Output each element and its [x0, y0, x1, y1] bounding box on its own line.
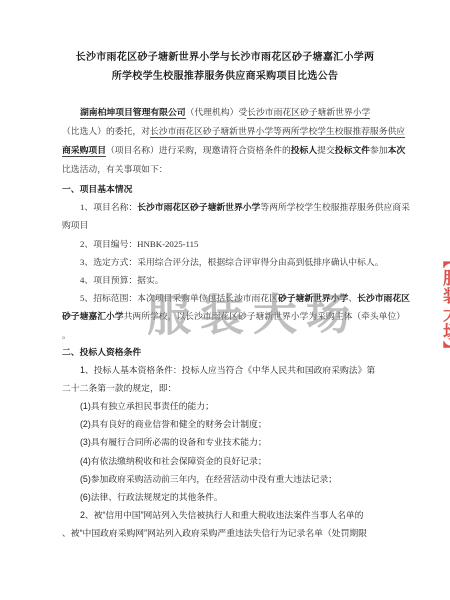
text-segment: 砂子塘嘉汇小学: [62, 311, 124, 321]
text-segment: (2)具有良好的商业信誉和健全的财务会计制度；: [80, 419, 267, 429]
text-segment: 2、项目编号：HNBK-2025-115: [80, 239, 198, 249]
text-segment: 提交: [317, 145, 335, 155]
text-segment: 比选活动，有关事项如下：: [62, 164, 168, 174]
text-segment: 一、项目基本情况: [62, 184, 132, 194]
text-line: 2、被“信用中国”网站列入失信被执行人和重大税收违法案件当事人名单的: [62, 506, 418, 524]
text-line: 、被“中国政府采购网”网站列入政府采购严重违法失信行为记录名单（处罚期限: [62, 524, 418, 542]
text-line: 比选活动，有关事项如下：: [62, 160, 418, 179]
text-line: 二十二条第一款的规定，即：: [62, 379, 418, 397]
text-segment: 投标人: [291, 145, 317, 155]
text-segment: (6)法律、行政法规规定的其他条件。: [80, 492, 223, 502]
text-line: 商采购项目（项目名称）进行采购，现邀请符合资格条件的投标人提交投标文件参加本次: [62, 141, 418, 160]
text-line: 二、投标人资格条件: [62, 343, 418, 361]
text-segment: 购项目: [62, 220, 88, 230]
text-segment: 、被“中国政府采购网”网站列入政府采购严重违法失信行为记录名单（处罚期限: [62, 528, 367, 538]
text-segment: 湖南柏坤项目管理有限公司: [80, 107, 186, 119]
watermark-text: 服装大场: [147, 278, 360, 344]
document-title: 长沙市雨花区砂子塘新世界小学与长沙市雨花区砂子塘嘉汇小学两 所学校学生校服推荐服…: [0, 48, 450, 86]
red-stamp: 【服装大场】: [437, 251, 450, 359]
text-line: (5)参加政府采购活动前三年内，在经营活动中没有重大违法记录；: [62, 470, 418, 488]
text-line: (3)具有履行合同所必需的设备和专业技术能力；: [62, 433, 418, 451]
text-line: (4)有依法缴纳税收和社会保障资金的良好记录；: [62, 452, 418, 470]
text-line: 2、项目编号：HNBK-2025-115: [62, 235, 418, 253]
text-segment: 二、投标人资格条件: [62, 347, 141, 357]
text-segment: 二十二条第一款的规定，即：: [62, 383, 176, 393]
text-segment: 3、选定方式：采用综合评分法，根据综合评审得分由高到低排序确认中标人。: [80, 257, 384, 267]
text-segment: 2、被“信用中国”网站列入失信被执行人和重大税收违法案件当事人名单的: [80, 510, 363, 520]
text-segment: 长沙市雨花区砂子塘新世界小学等两所学校学生校服推荐服务供应: [150, 126, 405, 138]
text-line: 3、选定方式：采用综合评分法，根据综合评审得分由高到低排序确认中标人。: [62, 253, 418, 271]
text-line: 湖南柏坤项目管理有限公司（代理机构）受长沙市雨花区砂子塘新世界小学: [62, 103, 418, 122]
text-segment: 商采购项目: [62, 145, 106, 157]
text-segment: 长沙市雨花区砂子塘新世界小学: [247, 107, 370, 119]
text-line: (6)法律、行政法规规定的其他条件。: [62, 488, 418, 506]
intro-paragraph: 湖南柏坤项目管理有限公司（代理机构）受长沙市雨花区砂子塘新世界小学（比选人）的委…: [62, 103, 418, 179]
text-line: (2)具有良好的商业信誉和健全的财务会计制度；: [62, 415, 418, 433]
text-segment: 1、项目名称：: [80, 202, 137, 212]
text-segment: 长沙市雨花区: [357, 293, 410, 303]
text-segment: (1)具有独立承担民事责任的能力；: [80, 401, 214, 411]
text-segment: (4)有依法缴纳税收和社会保障资金的良好记录；: [80, 456, 267, 466]
text-segment: 1、投标人基本资格条件：投标人应当符合《中华人民共和国政府采购法》第: [80, 365, 375, 375]
document-title-line1: 长沙市雨花区砂子塘新世界小学与长沙市雨花区砂子塘嘉汇小学两: [0, 48, 450, 67]
text-line: 购项目: [62, 216, 418, 234]
text-line: （比选人）的委托，对长沙市雨花区砂子塘新世界小学等两所学校学生校服推荐服务供应: [62, 122, 418, 141]
text-segment: (3)具有履行合同所必需的设备和专业技术能力；: [80, 437, 267, 447]
text-line: 一、项目基本情况: [62, 180, 418, 198]
text-segment: 参加: [370, 145, 388, 155]
text-line: (1)具有独立承担民事责任的能力；: [62, 397, 418, 415]
text-line: 1、项目名称：长沙市雨花区砂子塘新世界小学等两所学校学生校服推荐服务供应商采: [62, 198, 418, 216]
text-segment: 等两所学校学生校服推荐服务供应商采: [260, 202, 410, 212]
text-segment: (5)参加政府采购活动前三年内，在经营活动中没有重大违法记录；: [80, 474, 337, 484]
section-bidder-qualification: 二、投标人资格条件1、投标人基本资格条件：投标人应当符合《中华人民共和国政府采购…: [62, 343, 418, 542]
text-segment: 投标文件: [335, 145, 370, 155]
text-segment: 。: [62, 330, 71, 340]
text-segment: 本次: [388, 145, 406, 155]
text-segment: 长沙市雨花区砂子塘新世界小学: [137, 202, 260, 212]
document-page: 长沙市雨花区砂子塘新世界小学与长沙市雨花区砂子塘嘉汇小学两 所学校学生校服推荐服…: [0, 0, 450, 600]
document-title-line2: 所学校学生校服推荐服务供应商采购项目比选公告: [0, 67, 450, 86]
text-segment: （项目名称）进行采购，现邀请符合资格条件的: [106, 145, 291, 155]
text-segment: （比选人）的委托，对: [62, 126, 150, 136]
text-segment: （代理机构）受: [186, 107, 248, 117]
text-line: 1、投标人基本资格条件：投标人应当符合《中华人民共和国政府采购法》第: [62, 361, 418, 379]
